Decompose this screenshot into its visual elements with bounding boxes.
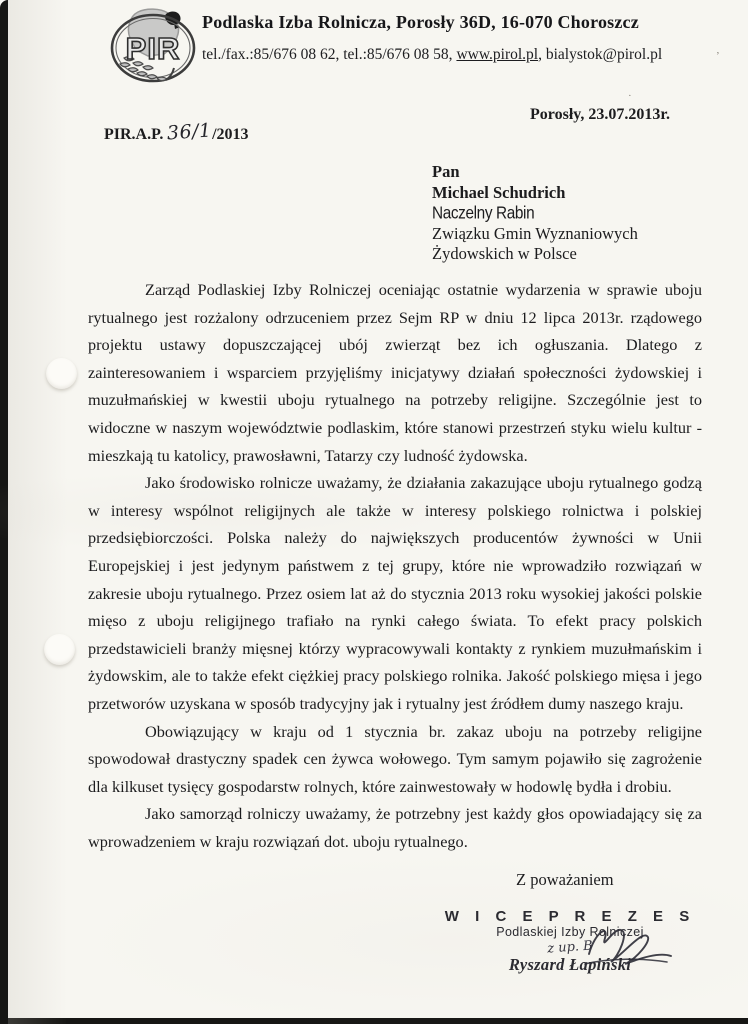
letter-body: Zarząd Podlaskiej Izby Rolniczej oceniaj…	[88, 276, 702, 855]
contact-pre: tel./fax.:85/676 08 62, tel.:85/676 08 5…	[202, 46, 456, 63]
pir-logo-icon: PIR	[108, 6, 198, 90]
stamp-title: W I C E P R E Z E S	[440, 908, 700, 925]
recipient-org-line2: Żydowskich w Polsce	[432, 244, 638, 265]
scan-shading	[8, 0, 78, 1024]
paragraph-3: Obowiązujący w kraju od 1 stycznia br. z…	[88, 718, 702, 801]
reference-prefix: PIR.A.P.	[104, 126, 163, 143]
contact-post: , bialystok@pirol.pl	[538, 46, 662, 63]
contact-line: tel./fax.:85/676 08 62, tel.:85/676 08 5…	[202, 46, 722, 64]
scan-edge-left	[0, 0, 8, 1024]
scanned-letter-page: PIR Podlaska Izba Rolnicza, Porosły 36D,…	[0, 0, 748, 1024]
recipient-block: Pan Michael Schudrich Naczelny Rabin Zwi…	[432, 162, 638, 265]
paragraph-4: Jako samorząd rolniczy uważamy, że potrz…	[88, 800, 702, 855]
recipient-name: Michael Schudrich	[432, 183, 638, 204]
date-line: Porosły, 23.07.2013r.	[530, 106, 670, 124]
logo-letters: PIR	[126, 31, 181, 66]
paragraph-1: Zarząd Podlaskiej Izby Rolniczej oceniaj…	[88, 276, 702, 469]
org-name: Podlaska Izba Rolnicza, Porosły 36D, 16-…	[202, 12, 722, 33]
scan-artifact: ·	[628, 90, 632, 102]
scan-edge-bottom	[0, 1018, 748, 1024]
reference-handwritten: 36/1	[167, 119, 213, 144]
website-link: www.pirol.pl	[456, 46, 538, 63]
recipient-salutation: Pan	[432, 162, 638, 183]
valediction: Z poważaniem	[516, 870, 614, 890]
recipient-title: Naczelny Rabin	[432, 202, 623, 224]
reference-number: PIR.A.P. 36/1/2013	[104, 122, 249, 144]
reference-suffix: /2013	[212, 126, 248, 143]
hole-punch-bottom	[44, 634, 75, 665]
paragraph-2: Jako środowisko rolnicze uważamy, że dzi…	[88, 469, 702, 717]
recipient-org-line1: Związku Gmin Wyznaniowych	[432, 224, 638, 245]
signature-stamp: W I C E P R E Z E S Podlaskiej Izby Roln…	[440, 908, 700, 975]
hole-punch-top	[46, 358, 77, 389]
scan-artifact: ’	[716, 50, 720, 62]
